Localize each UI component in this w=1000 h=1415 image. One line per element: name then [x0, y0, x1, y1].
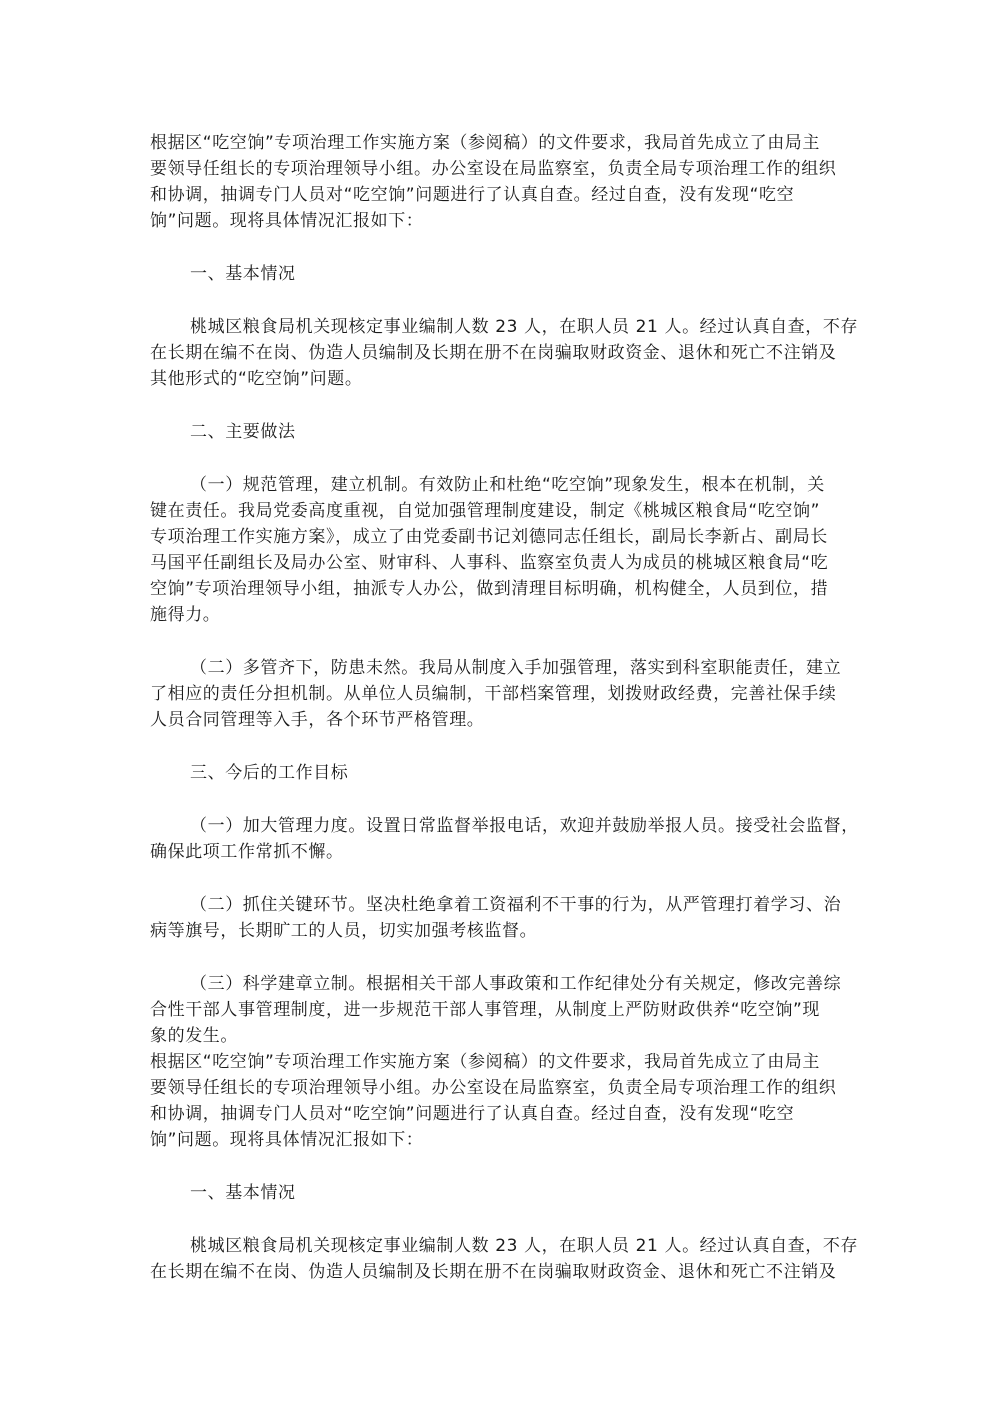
basic-situation-paragraph-line: 其他形式的“吃空饷”问题。: [150, 366, 850, 392]
intro-paragraph-line: 根据区“吃空饷”专项治理工作实施方案（参阅稿）的文件要求，我局首先成立了由局主: [150, 130, 850, 156]
practice-1-paragraph-line: 专项治理工作实施方案》，成立了由党委副书记刘德同志任组长，副局长李新占、副局长: [150, 524, 850, 550]
basic-situation-paragraph-line: 在长期在编不在岗、伪造人员编制及长期在册不在岗骗取财政资金、退休和死亡不注销及: [150, 340, 850, 366]
basic-situation-repeat-paragraph-line: 桃城区粮食局机关现核定事业编制人数 23 人，在职人员 21 人。经过认真自查，…: [190, 1233, 890, 1259]
practice-2-paragraph-line: 了相应的责任分担机制。从单位人员编制，干部档案管理，划拨财政经费，完善社保手续: [150, 681, 850, 707]
practice-2-paragraph-line: （二）多管齐下，防患未然。我局从制度入手加强管理，落实到科室职能责任，建立: [190, 655, 890, 681]
repeated-intro-paragraph-line: 和协调，抽调专门人员对“吃空饷”问题进行了认真自查。经过自查，没有发现“吃空: [150, 1101, 850, 1127]
repeated-intro-paragraph-line: 要领导任组长的专项治理领导小组。办公室设在局监察室，负责全局专项治理工作的组织: [150, 1075, 850, 1101]
basic-situation-paragraph-line: 桃城区粮食局机关现核定事业编制人数 23 人，在职人员 21 人。经过认真自查，…: [190, 314, 890, 340]
practice-1-paragraph-line: 键在责任。我局党委高度重视，自觉加强管理制度建设，制定《桃城区粮食局“吃空饷”: [150, 498, 850, 524]
goal-1-paragraph-line: 确保此项工作常抓不懈。: [150, 839, 850, 865]
goal-3-paragraph-line: 合性干部人事管理制度，进一步规范干部人事管理，从制度上严防财政供养“吃空饷”现: [150, 997, 850, 1023]
goal-3-paragraph-line: 象的发生。: [150, 1023, 850, 1049]
goal-1-paragraph-line: （一）加大管理力度。设置日常监督举报电话，欢迎并鼓励举报人员。接受社会监督，: [190, 813, 890, 839]
document-page: 根据区“吃空饷”专项治理工作实施方案（参阅稿）的文件要求，我局首先成立了由局主 …: [0, 0, 1000, 1415]
goal-3-paragraph-line: （三）科学建章立制。根据相关干部人事政策和工作纪律处分有关规定，修改完善综: [190, 971, 890, 997]
practice-1-paragraph-line: 马国平任副组长及局办公室、财审科、人事科、监察室负责人为成员的桃城区粮食局“吃: [150, 550, 850, 576]
section-heading-basic-situation-repeat: 一、基本情况: [190, 1180, 890, 1206]
repeated-intro-paragraph-line: 根据区“吃空饷”专项治理工作实施方案（参阅稿）的文件要求，我局首先成立了由局主: [150, 1049, 850, 1075]
practice-1-paragraph-line: 空饷”专项治理领导小组，抽派专人办公，做到清理目标明确，机构健全，人员到位，措: [150, 576, 850, 602]
practice-2-paragraph-line: 人员合同管理等入手，各个环节严格管理。: [150, 707, 850, 733]
practice-1-paragraph-line: 施得力。: [150, 602, 850, 628]
section-heading-basic-situation: 一、基本情况: [190, 261, 890, 287]
section-heading-future-goals: 三、今后的工作目标: [190, 760, 890, 786]
practice-1-paragraph-line: （一）规范管理，建立机制。有效防止和杜绝“吃空饷”现象发生，根本在机制，关: [190, 472, 890, 498]
section-heading-main-practices: 二、主要做法: [190, 419, 890, 445]
goal-2-paragraph-line: （二）抓住关键环节。坚决杜绝拿着工资福利不干事的行为，从严管理打着学习、治: [190, 892, 890, 918]
repeated-intro-paragraph-line: 饷”问题。现将具体情况汇报如下：: [150, 1127, 850, 1153]
intro-paragraph-line: 和协调，抽调专门人员对“吃空饷”问题进行了认真自查。经过自查，没有发现“吃空: [150, 182, 850, 208]
basic-situation-repeat-paragraph-line: 在长期在编不在岗、伪造人员编制及长期在册不在岗骗取财政资金、退休和死亡不注销及: [150, 1259, 850, 1285]
goal-2-paragraph-line: 病等旗号，长期旷工的人员，切实加强考核监督。: [150, 918, 850, 944]
intro-paragraph-line: 饷”问题。现将具体情况汇报如下：: [150, 208, 850, 234]
intro-paragraph-line: 要领导任组长的专项治理领导小组。办公室设在局监察室，负责全局专项治理工作的组织: [150, 156, 850, 182]
